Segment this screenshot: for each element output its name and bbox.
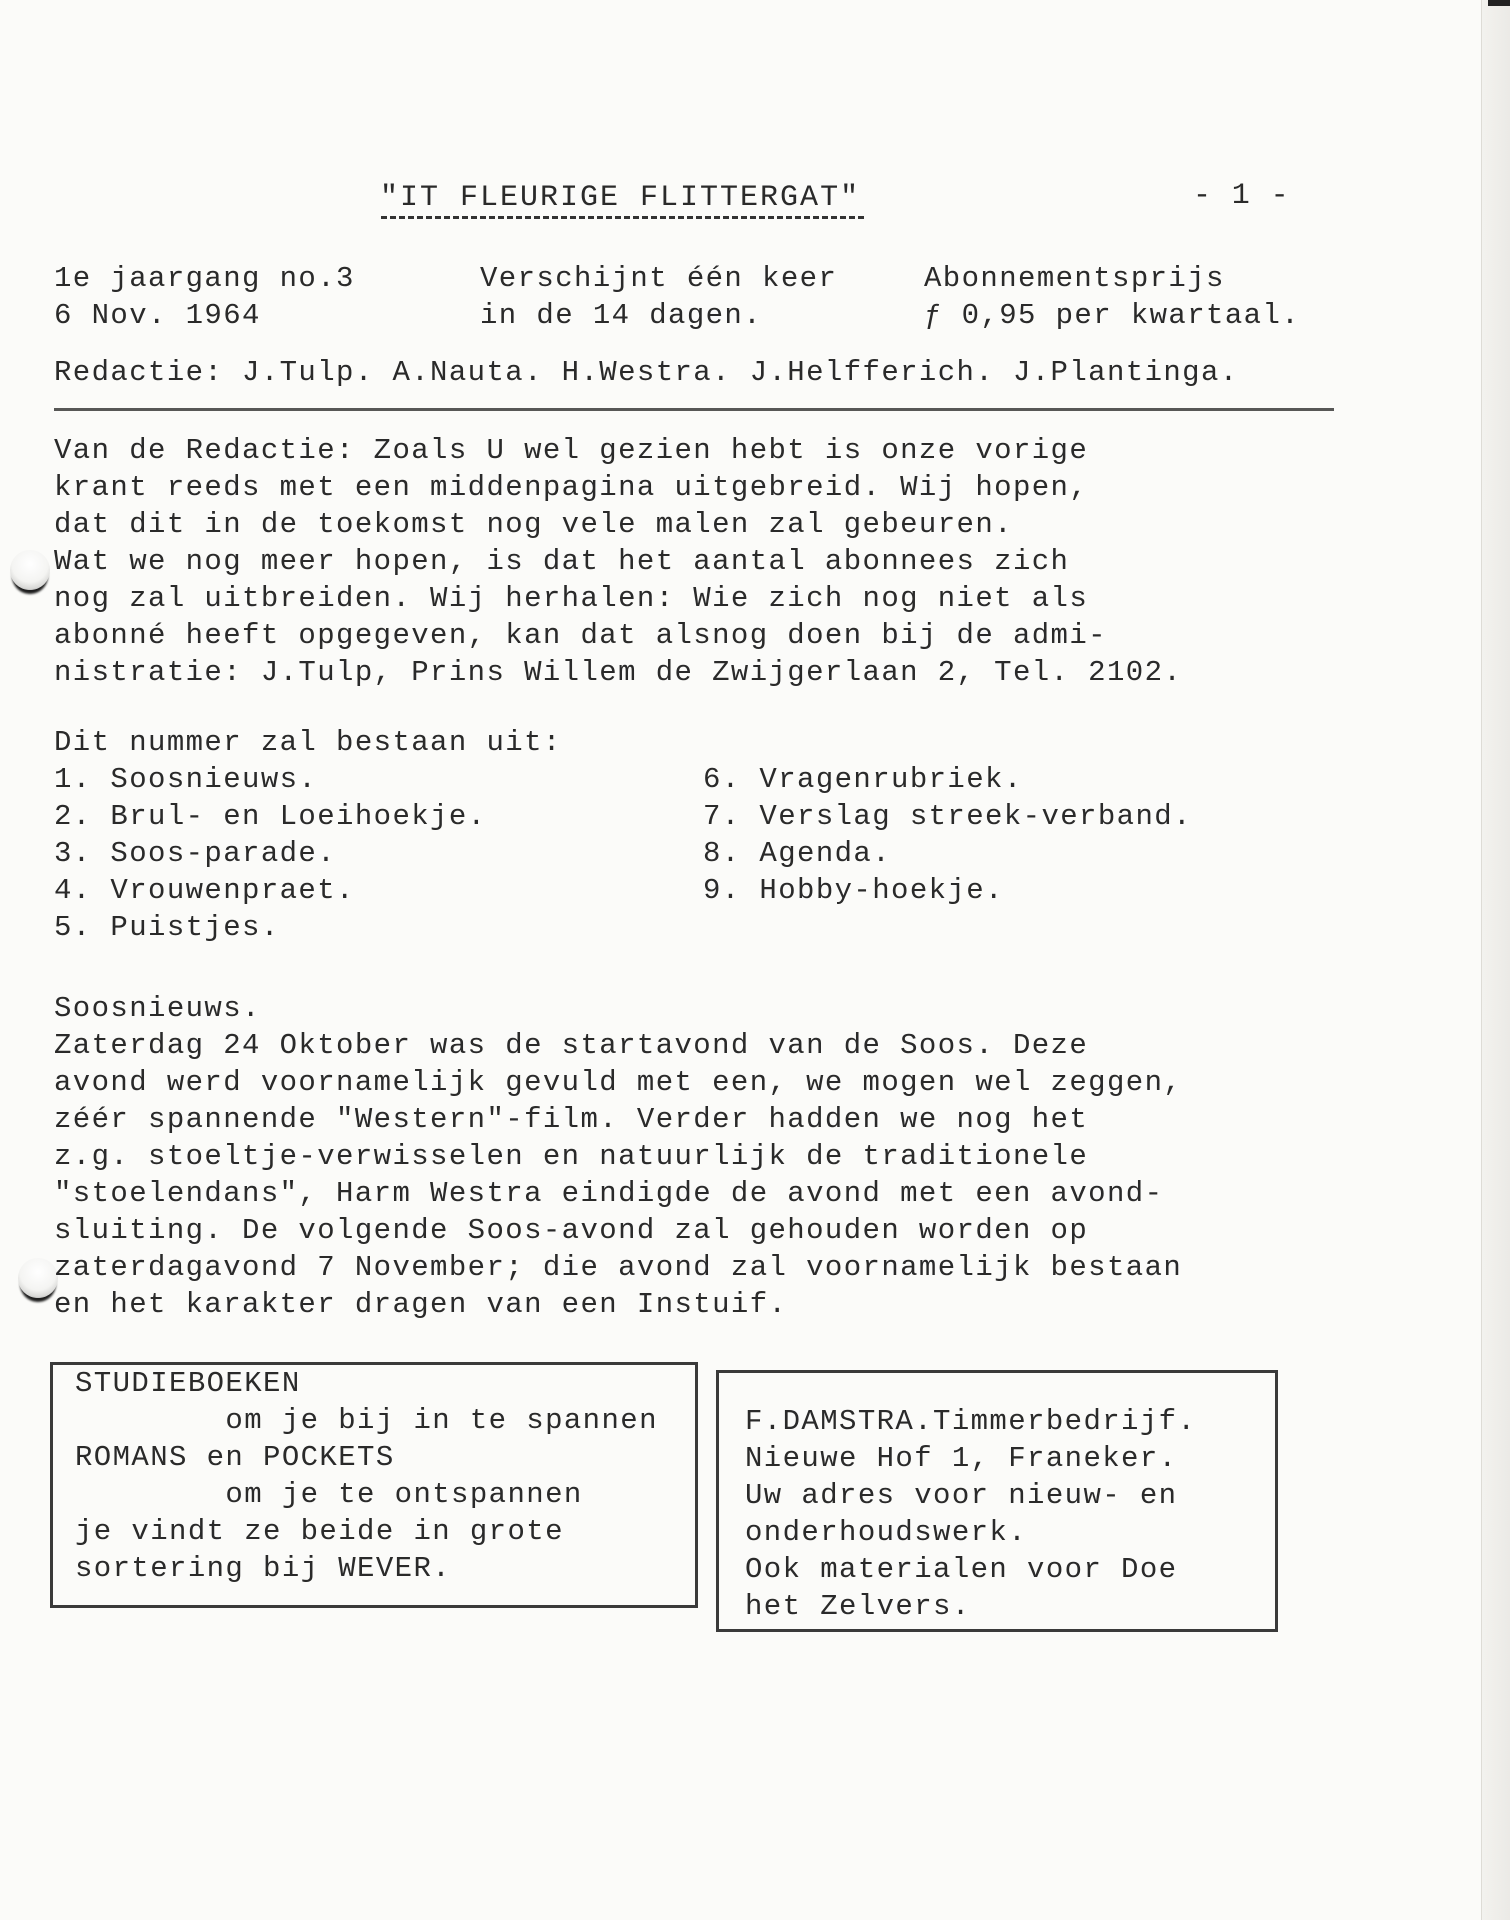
text-line: zaterdagavond 7 November; die avond zal … bbox=[54, 1249, 1182, 1286]
price-info: Abonnementsprijs ƒ 0,95 per kwartaal. bbox=[924, 260, 1300, 334]
list-item: 8. Agenda. bbox=[703, 835, 1192, 872]
ad-line: om je te ontspannen bbox=[75, 1476, 658, 1513]
frequency-line: in de 14 dagen. bbox=[480, 299, 762, 332]
ad-line: Nieuwe Hof 1, Franeker. bbox=[745, 1440, 1196, 1477]
page-edge-shadow bbox=[1488, 0, 1510, 6]
list-item: 5. Puistjes. bbox=[54, 909, 486, 946]
text-line: sluiting. De volgende Soos-avond zal geh… bbox=[54, 1212, 1182, 1249]
text-line: en het karakter dragen van een Instuif. bbox=[54, 1286, 1182, 1323]
soosnieuws-paragraph: Zaterdag 24 Oktober was de startavond va… bbox=[54, 1027, 1182, 1323]
frequency-line: Verschijnt één keer bbox=[480, 262, 837, 295]
title-underline bbox=[381, 216, 864, 219]
text-line: nog zal uitbreiden. Wij herhalen: Wie zi… bbox=[54, 580, 1182, 617]
editorial-paragraph: Van de Redactie: Zoals U wel gezien hebt… bbox=[54, 432, 1182, 691]
ad-line: ROMANS en POCKETS bbox=[75, 1439, 658, 1476]
ad-damstra: F.DAMSTRA.Timmerbedrijf.Nieuwe Hof 1, Fr… bbox=[716, 1370, 1278, 1632]
text-line: nistratie: J.Tulp, Prins Willem de Zwijg… bbox=[54, 654, 1182, 691]
ad-wever-text: STUDIEBOEKEN om je bij in te spannenROMA… bbox=[75, 1365, 658, 1587]
ad-line: het Zelvers. bbox=[745, 1588, 1196, 1625]
issue-date: 6 Nov. 1964 bbox=[54, 299, 261, 332]
text-line: Zaterdag 24 Oktober was de startavond va… bbox=[54, 1027, 1182, 1064]
ad-line: sortering bij WEVER. bbox=[75, 1550, 658, 1587]
text-line: Wat we nog meer hopen, is dat het aantal… bbox=[54, 543, 1182, 580]
list-item: 3. Soos-parade. bbox=[54, 835, 486, 872]
page-edge bbox=[1481, 0, 1510, 1920]
price-label: Abonnementsprijs bbox=[924, 262, 1225, 295]
text-line: dat dit in de toekomst nog vele malen za… bbox=[54, 506, 1182, 543]
soosnieuws-heading: Soosnieuws. bbox=[54, 990, 261, 1027]
text-line: "stoelendans", Harm Westra eindigde de a… bbox=[54, 1175, 1182, 1212]
ad-line: je vindt ze beide in grote bbox=[75, 1513, 658, 1550]
editors-line: Redactie: J.Tulp. A.Nauta. H.Westra. J.H… bbox=[54, 354, 1239, 391]
punch-hole bbox=[10, 550, 50, 590]
ad-wever: STUDIEBOEKEN om je bij in te spannenROMA… bbox=[50, 1362, 698, 1608]
ad-line: STUDIEBOEKEN bbox=[75, 1365, 658, 1402]
text-line: abonné heeft opgegeven, kan dat alsnog d… bbox=[54, 617, 1182, 654]
list-item: 6. Vragenrubriek. bbox=[703, 761, 1192, 798]
newsletter-title: "IT FLEURIGE FLITTERGAT" bbox=[380, 180, 860, 217]
ad-line: Uw adres voor nieuw- en bbox=[745, 1477, 1196, 1514]
volume-info: 1e jaargang no.3 6 Nov. 1964 bbox=[54, 260, 355, 334]
text-line: krant reeds met een middenpagina uitgebr… bbox=[54, 469, 1182, 506]
list-item: 2. Brul- en Loeihoekje. bbox=[54, 798, 486, 835]
header-rule bbox=[54, 408, 1334, 411]
contents-list-left: 1. Soosnieuws.2. Brul- en Loeihoekje.3. … bbox=[54, 761, 486, 946]
ad-line: om je bij in te spannen bbox=[75, 1402, 658, 1439]
ad-line: onderhoudswerk. bbox=[745, 1514, 1196, 1551]
text-line: zéér spannende "Western"-film. Verder ha… bbox=[54, 1101, 1182, 1138]
list-item: 1. Soosnieuws. bbox=[54, 761, 486, 798]
contents-heading: Dit nummer zal bestaan uit: bbox=[54, 724, 562, 761]
text-line: Van de Redactie: Zoals U wel gezien hebt… bbox=[54, 432, 1182, 469]
ad-damstra-text: F.DAMSTRA.Timmerbedrijf.Nieuwe Hof 1, Fr… bbox=[745, 1403, 1196, 1625]
punch-hole bbox=[18, 1258, 58, 1298]
contents-list-right: 6. Vragenrubriek.7. Verslag streek-verba… bbox=[703, 761, 1192, 909]
volume-number: 1e jaargang no.3 bbox=[54, 262, 355, 295]
frequency-info: Verschijnt één keer in de 14 dagen. bbox=[480, 260, 837, 334]
list-item: 4. Vrouwenpraet. bbox=[54, 872, 486, 909]
list-item: 7. Verslag streek-verband. bbox=[703, 798, 1192, 835]
ad-line: Ook materialen voor Doe bbox=[745, 1551, 1196, 1588]
page-number: - 1 - bbox=[1193, 178, 1290, 215]
text-line: avond werd voornamelijk gevuld met een, … bbox=[54, 1064, 1182, 1101]
text-line: z.g. stoeltje-verwisselen en natuurlijk … bbox=[54, 1138, 1182, 1175]
ad-line: F.DAMSTRA.Timmerbedrijf. bbox=[745, 1403, 1196, 1440]
price-value: ƒ 0,95 per kwartaal. bbox=[924, 299, 1300, 332]
list-item: 9. Hobby-hoekje. bbox=[703, 872, 1192, 909]
